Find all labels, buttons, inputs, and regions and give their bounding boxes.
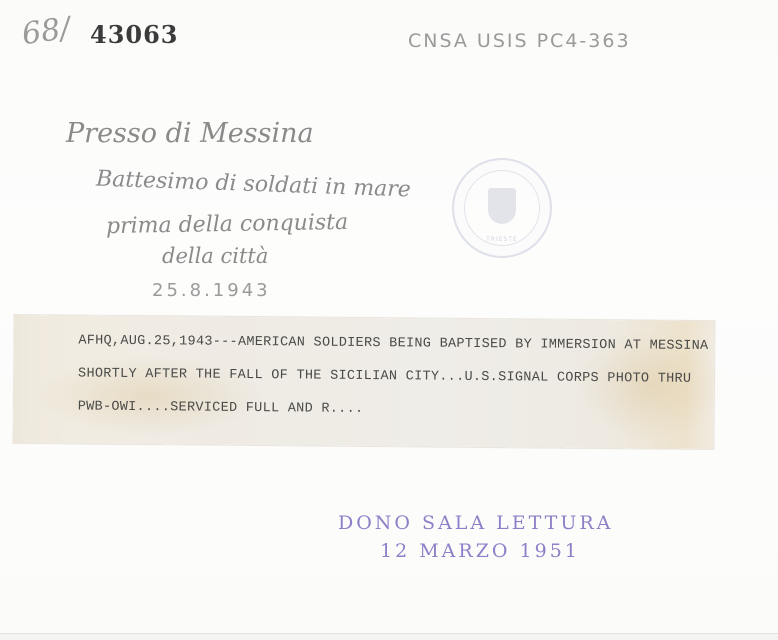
typed-line-3: PWB-OWI....SERVICED FULL AND R....	[78, 400, 364, 417]
embossed-seal: TRIESTE	[452, 158, 552, 258]
corner-number-pencil: 68/	[20, 11, 73, 52]
archive-number: 43063	[90, 20, 179, 49]
handwritten-line-3: della città	[162, 244, 268, 268]
handwritten-line-1: Battesimo di soldati in mare	[96, 167, 412, 203]
handwritten-line-2: prima della conquista	[106, 210, 349, 239]
handwritten-date: 25.8.1943	[152, 280, 271, 301]
ink-stamp-line-1: DONO SALA LETTURA	[338, 512, 613, 534]
coat-of-arms-icon	[488, 188, 516, 224]
sheet-bottom-edge	[0, 633, 778, 640]
photo-back-sheet: 68/ 43063 CNSA USIS PC4-363 Presso di Me…	[0, 0, 778, 633]
ink-stamp-line-2: 12 MARZO 1951	[380, 540, 580, 562]
typed-caption-label: AFHQ,AUG.25,1943---AMERICAN SOLDIERS BEI…	[13, 315, 714, 449]
handwritten-location: Presso di Messina	[66, 118, 314, 149]
seal-text: TRIESTE	[454, 236, 550, 243]
reference-code-pencil: CNSA USIS PC4-363	[408, 30, 631, 52]
